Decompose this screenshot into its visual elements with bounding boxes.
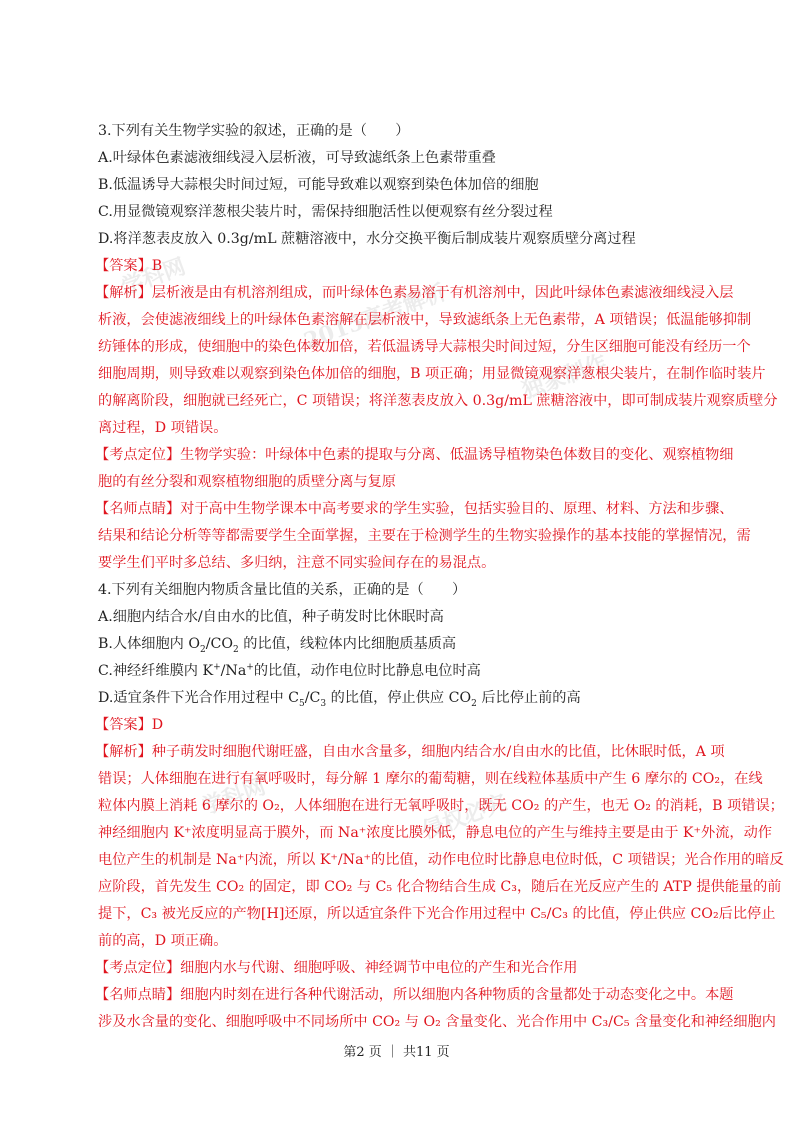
q4-analysis-line: 提下，C₃ 被光反应的产物[H]还原，所以适宜条件下光合作用过程中 C₅/C₃ …: [98, 905, 775, 923]
q3-kaodian-line: 胞的有丝分裂和观察植物细胞的质壁分离与复原: [98, 473, 396, 491]
q4-option-d: D.适宜条件下光合作用过程中 C5/C3 的比值，停止供应 CO2 后比停止前的…: [98, 689, 581, 707]
kaodian-text: 细胞内水与代谢、细胞呼吸、神经调节中电位的产生和光合作用: [180, 960, 577, 976]
q4-mingshi-line: 涉及水含量的变化、细胞呼吸中不同场所中 CO₂ 与 O₂ 含量变化、光合作用中 …: [98, 1013, 776, 1031]
q3-mingshi-line: 结果和结论分析等等都需要学生全面掌握，主要在于检测学生的生物实验操作的基本技能的…: [98, 527, 751, 545]
q3-analysis-line: 细胞周期，则导致难以观察到染色体加倍的细胞，B 项正确；用显微镜观察洋葱根尖装片…: [98, 365, 766, 383]
answer-tag: 【答案】: [95, 258, 152, 274]
kaodian-tag: 【考点定位】: [95, 960, 180, 976]
kaodian-tag: 【考点定位】: [95, 447, 180, 463]
q3-kaodian: 【考点定位】生物学实验：叶绿体中色素的提取与分离、低温诱导植物染色体数目的变化、…: [95, 446, 733, 464]
q4-analysis-line: 电位产生的机制是 Na⁺内流，所以 K⁺/Na⁺的比值，动作电位时比静息电位时低…: [98, 851, 784, 869]
q4-answer: 【答案】D: [95, 716, 163, 734]
q3-analysis-line: 【解析】层析液是由有机溶剂组成，而叶绿体色素易溶于有机溶剂中，因此叶绿体色素滤液…: [95, 284, 733, 302]
q4-analysis-line: 神经细胞内 K⁺浓度明显高于膜外，而 Na⁺浓度比膜外低，静息电位的产生与维持主…: [98, 824, 772, 842]
answer-tag: 【答案】: [95, 717, 152, 733]
q3-option-d: D.将洋葱表皮放入 0.3g/mL 蔗糖溶液中，水分交换平衡后制成装片观察质壁分…: [98, 230, 636, 248]
q3-analysis-line: 离过程，D 项错误。: [98, 419, 227, 437]
mingshi-tag: 【名师点睛】: [95, 501, 180, 517]
q3-stem: 3.下列有关生物学实验的叙述，正确的是（ ）: [98, 122, 409, 140]
q4-stem: 4.下列有关细胞内物质含量比值的关系，正确的是（ ）: [98, 581, 466, 599]
q3-answer: 【答案】B: [95, 257, 162, 275]
q3-mingshi-line: 要学生们平时多总结、多归纳，注意不同实验间存在的易混点。: [98, 554, 495, 572]
analysis-text: 层析液是由有机溶剂组成，而叶绿体色素易溶于有机溶剂中，因此叶绿体色素滤液细线浸入…: [152, 285, 734, 301]
q4-option-a: A.细胞内结合水/自由水的比值，种子萌发时比休眠时高: [98, 608, 444, 626]
q3-analysis-line: 的解离阶段，细胞就已经死亡，C 项错误；将洋葱表皮放入 0.3g/mL 蔗糖溶液…: [98, 392, 778, 410]
q4-analysis-line: 粒体内膜上消耗 6 摩尔的 O₂，人体细胞在进行无氧呼吸时，既无 CO₂ 的产生…: [98, 797, 784, 815]
analysis-text: 种子萌发时细胞代谢旺盛，自由水含量多，细胞内结合水/自由水的比值，比休眠时低，A…: [152, 744, 725, 760]
q3-option-c: C.用显微镜观察洋葱根尖装片时，需保持细胞活性以便观察有丝分裂过程: [98, 203, 553, 221]
q3-mingshi: 【名师点睛】对于高中生物学课本中高考要求的学生实验，包括实验目的、原理、材料、方…: [95, 500, 733, 518]
q4-analysis-line: 应阶段，首先发生 CO₂ 的固定，即 CO₂ 与 C₅ 化合物结合生成 C₃，随…: [98, 878, 781, 896]
q4-analysis-line: 【解析】种子萌发时细胞代谢旺盛，自由水含量多，细胞内结合水/自由水的比值，比休眠…: [95, 743, 725, 761]
mingshi-text: 细胞内时刻在进行各种代谢活动，所以细胞内各种物质的含量都处于动态变化之中。本题: [180, 987, 733, 1003]
answer-value: B: [152, 258, 162, 274]
analysis-tag: 【解析】: [95, 285, 152, 301]
analysis-tag: 【解析】: [95, 744, 152, 760]
q4-option-b: B.人体细胞内 O2/CO2 的比值，线粒体内比细胞质基质高: [98, 635, 456, 653]
q3-option-a: A.叶绿体色素滤液细线浸入层析液，可导致滤纸条上色素带重叠: [98, 149, 496, 167]
mingshi-text: 对于高中生物学课本中高考要求的学生实验，包括实验目的、原理、材料、方法和步骤、: [180, 501, 733, 517]
document-page: 学科网 2015高考解析 独家制作 学科网 侵权必究 3.下列有关生物学实验的叙…: [0, 0, 793, 1122]
q4-analysis-line: 前的高，D 项正确。: [98, 932, 227, 950]
kaodian-text: 生物学实验：叶绿体中色素的提取与分离、低温诱导植物染色体数目的变化、观察植物细: [180, 447, 733, 463]
q3-analysis-line: 纺锤体的形成，使细胞中的染色体数加倍，若低温诱导大蒜根尖时间过短，分生区细胞可能…: [98, 338, 751, 356]
q4-option-c: C.神经纤维膜内 K+/Na+的比值，动作电位时比静息电位时高: [98, 662, 481, 680]
q4-kaodian: 【考点定位】细胞内水与代谢、细胞呼吸、神经调节中电位的产生和光合作用: [95, 959, 577, 977]
answer-value: D: [152, 717, 163, 733]
page-footer: 第2 页 ｜ 共11 页: [0, 1041, 793, 1060]
q3-option-b: B.低温诱导大蒜根尖时间过短，可能导致难以观察到染色体加倍的细胞: [98, 176, 539, 194]
mingshi-tag: 【名师点睛】: [95, 987, 180, 1003]
q4-analysis-line: 错误；人体细胞在进行有氧呼吸时，每分解 1 摩尔的葡萄糖，则在线粒体基质中产生 …: [98, 770, 763, 788]
q4-mingshi: 【名师点睛】细胞内时刻在进行各种代谢活动，所以细胞内各种物质的含量都处于动态变化…: [95, 986, 733, 1004]
q3-analysis-line: 析液，会使滤液细线上的叶绿体色素溶解在层析液中，导致滤纸条上无色素带，A 项错误…: [98, 311, 751, 329]
